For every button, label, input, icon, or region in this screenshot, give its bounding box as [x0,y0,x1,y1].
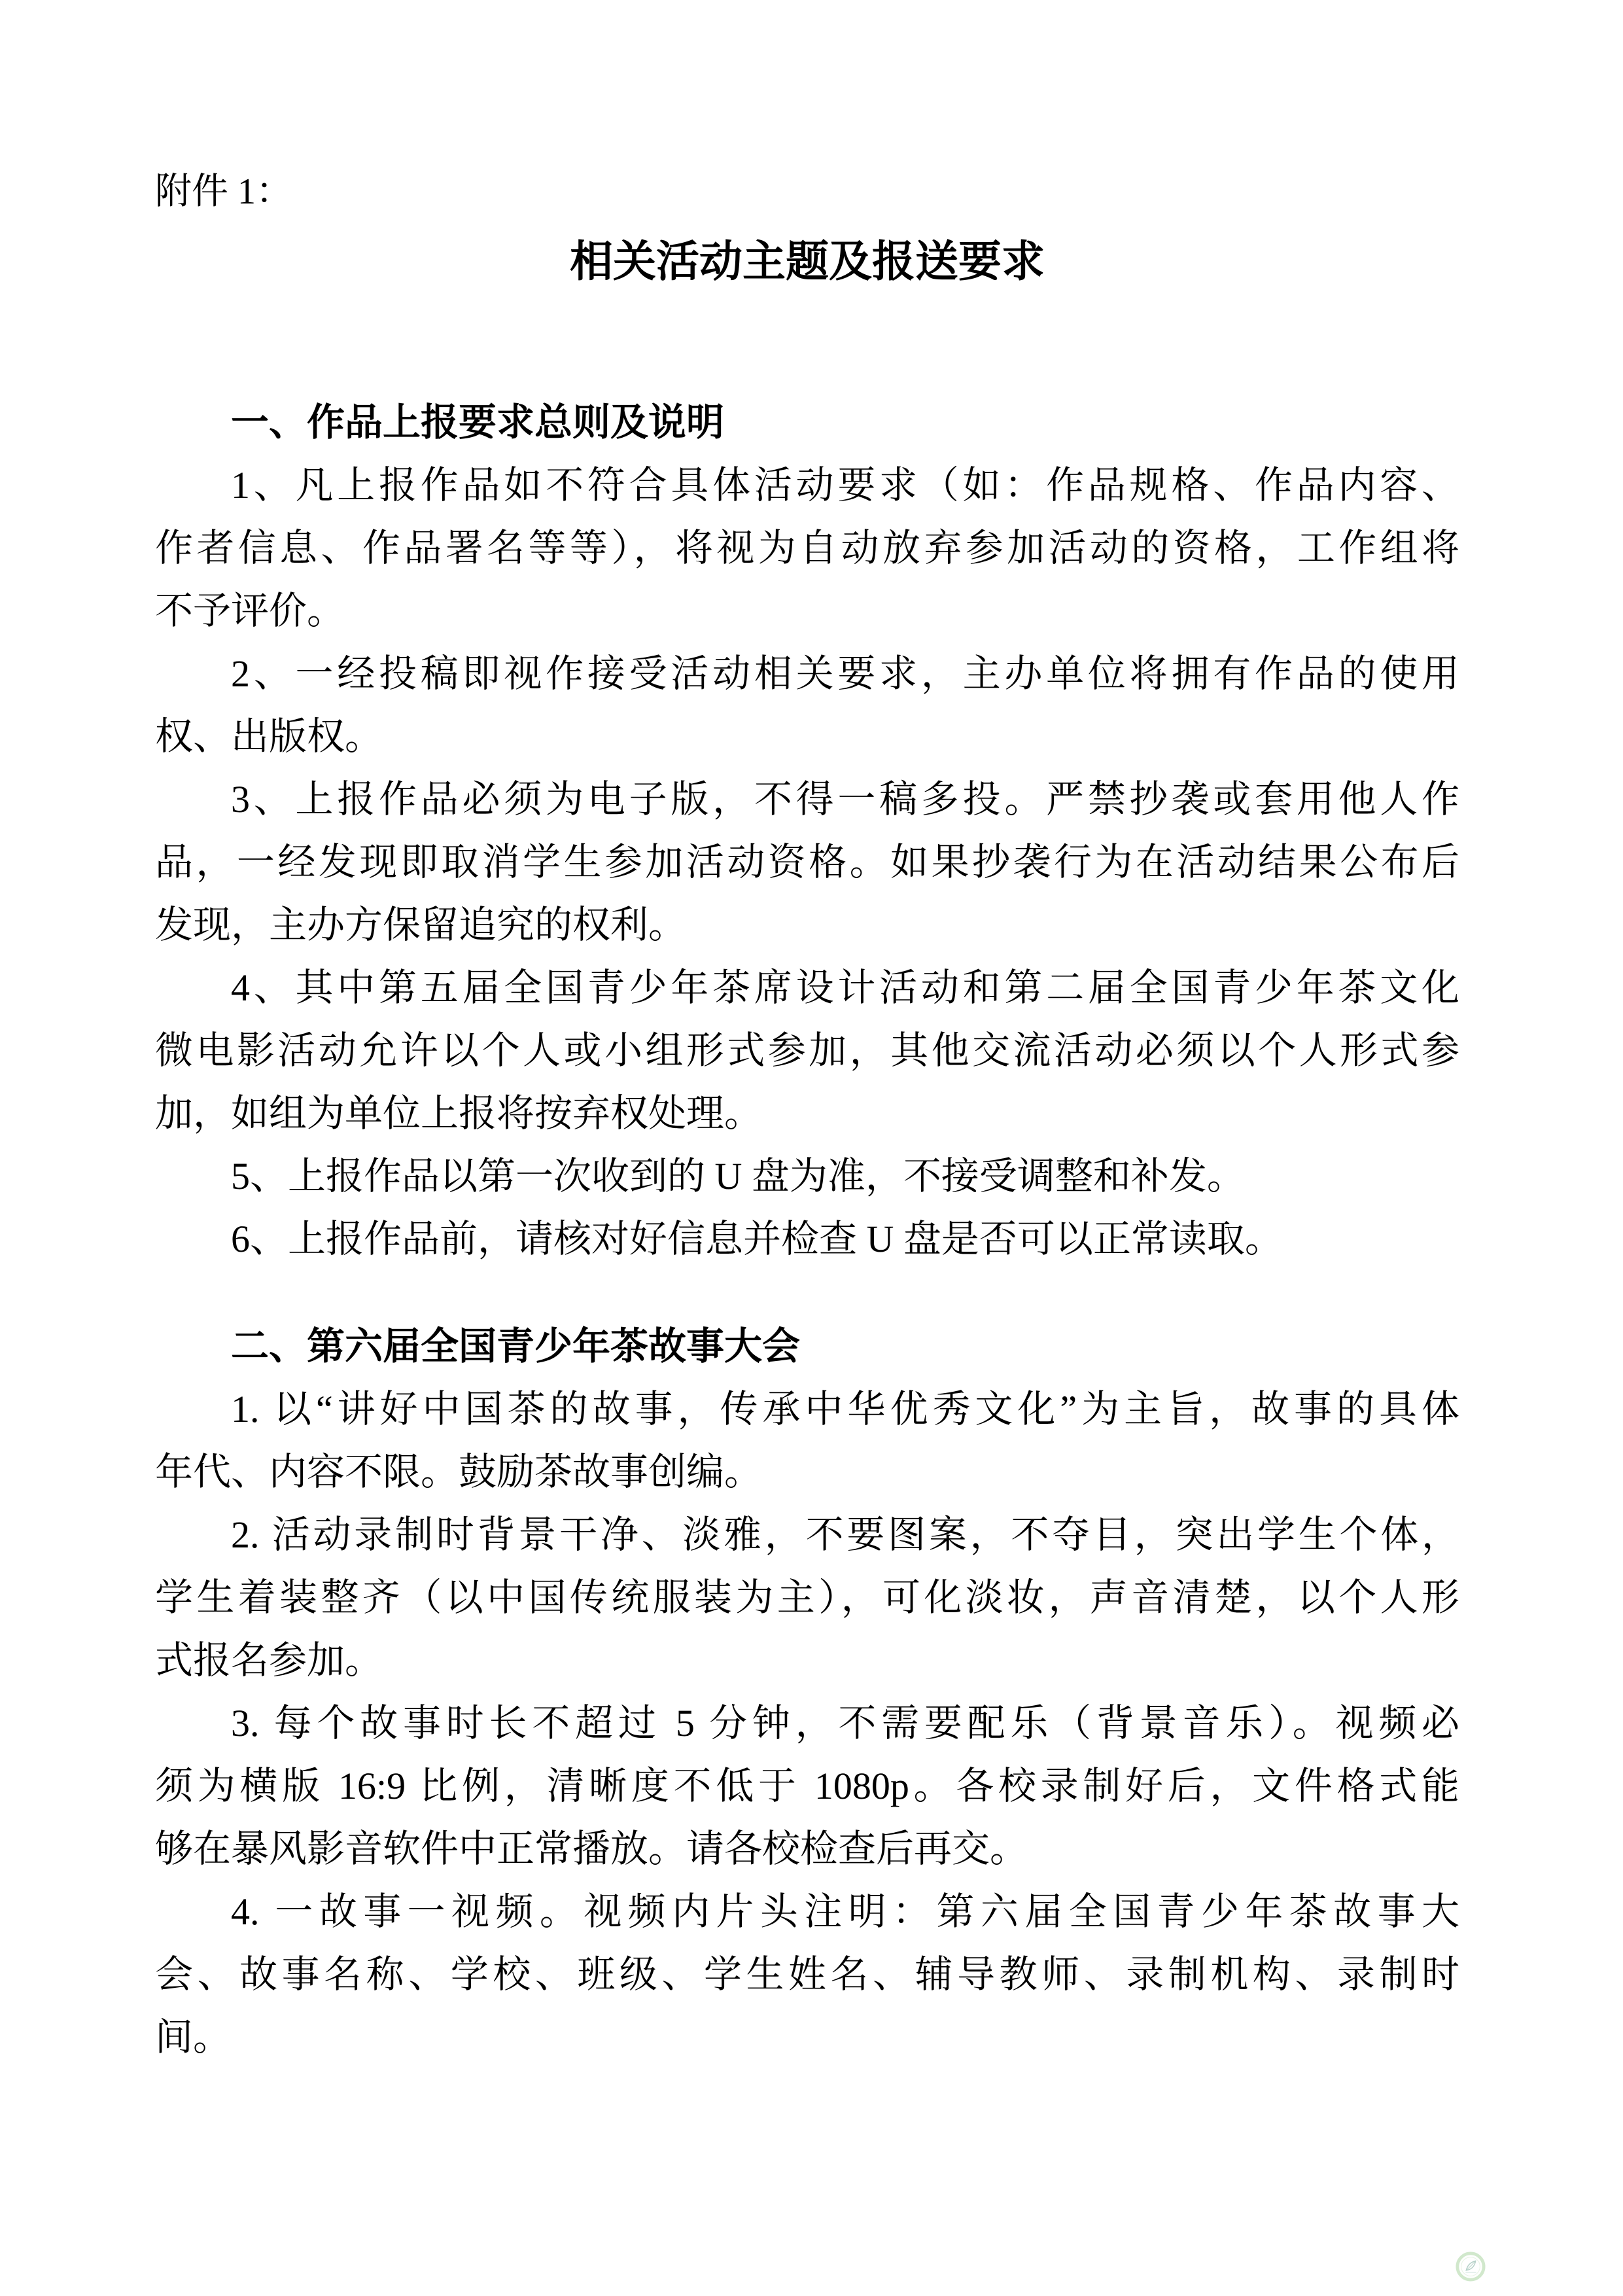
text-line: 式报名参加。 [155,1629,1459,1692]
text-line: 够在暴风影音软件中正常播放。请各校检查后再交。 [155,1818,1459,1881]
paragraph: 4. 一故事一视频。视频内片头注明：第六届全国青少年茶故事大 会、故事名称、学校… [155,1881,1459,2069]
paragraph: 2、一经投稿即视作接受活动相关要求，主办单位将拥有作品的使用 权、出版权。 [155,643,1459,768]
text-line: 6、上报作品前，请核对好信息并检查 U 盘是否可以正常读取。 [155,1208,1459,1271]
section-general-rules: 一、作品上报要求总则及说明 1、凡上报作品如不符合具体活动要求（如：作品规格、作… [155,391,1459,1271]
text-line: 1、凡上报作品如不符合具体活动要求（如：作品规格、作品内容、 [155,454,1459,517]
text-line: 3. 每个故事时长不超过 5 分钟，不需要配乐（背景音乐）。视频必 [155,1692,1459,1755]
text-line: 权、出版权。 [155,705,1459,768]
text-line: 2、一经投稿即视作接受活动相关要求，主办单位将拥有作品的使用 [155,643,1459,705]
leaf-seal-icon [1456,2252,1486,2282]
text-line: 品，一经发现即取消学生参加活动资格。如果抄袭行为在活动结果公布后 [155,831,1459,894]
paragraph: 1. 以“讲好中国茶的故事，传承中华优秀文化”为主旨，故事的具体 年代、内容不限… [155,1378,1459,1504]
text-line: 4、其中第五届全国青少年茶席设计活动和第二届全国青少年茶文化 [155,957,1459,1019]
section-2-heading: 二、第六届全国青少年茶故事大会 [155,1315,1459,1378]
document-title: 相关活动主题及报送要求 [155,230,1459,292]
text-line: 学生着装整齐（以中国传统服装为主），可化淡妆，声音清楚，以个人形 [155,1566,1459,1629]
paragraph: 5、上报作品以第一次收到的 U 盘为准，不接受调整和补发。 [155,1145,1459,1208]
text-line: 会、故事名称、学校、班级、学生姓名、辅导教师、录制机构、录制时 [155,1943,1459,2006]
paragraph: 3、上报作品必须为电子版，不得一稿多投。严禁抄袭或套用他人作 品，一经发现即取消… [155,768,1459,957]
paragraph: 6、上报作品前，请核对好信息并检查 U 盘是否可以正常读取。 [155,1208,1459,1271]
text-line: 3、上报作品必须为电子版，不得一稿多投。严禁抄袭或套用他人作 [155,768,1459,831]
attachment-label: 附件 1： [155,160,1459,223]
text-line: 微电影活动允许以个人或小组形式参加，其他交流活动必须以个人形式参 [155,1019,1459,1082]
paragraph: 1、凡上报作品如不符合具体活动要求（如：作品规格、作品内容、 作者信息、作品署名… [155,454,1459,643]
text-line: 2. 活动录制时背景干净、淡雅，不要图案，不夺目，突出学生个体， [155,1504,1459,1566]
document-content: 附件 1： 相关活动主题及报送要求 一、作品上报要求总则及说明 1、凡上报作品如… [155,160,1459,2069]
section-tea-story-contest: 二、第六届全国青少年茶故事大会 1. 以“讲好中国茶的故事，传承中华优秀文化”为… [155,1315,1459,2069]
text-line: 间。 [155,2006,1459,2069]
text-line: 加，如组为单位上报将按弃权处理。 [155,1082,1459,1145]
paragraph: 4、其中第五届全国青少年茶席设计活动和第二届全国青少年茶文化 微电影活动允许以个… [155,957,1459,1145]
text-line: 5、上报作品以第一次收到的 U 盘为准，不接受调整和补发。 [155,1145,1459,1208]
text-line: 不予评价。 [155,580,1459,643]
paragraph: 3. 每个故事时长不超过 5 分钟，不需要配乐（背景音乐）。视频必 须为横版 1… [155,1692,1459,1881]
document-page: 附件 1： 相关活动主题及报送要求 一、作品上报要求总则及说明 1、凡上报作品如… [0,0,1623,2296]
text-line: 4. 一故事一视频。视频内片头注明：第六届全国青少年茶故事大 [155,1881,1459,1943]
section-1-heading: 一、作品上报要求总则及说明 [155,391,1459,454]
text-line: 1. 以“讲好中国茶的故事，传承中华优秀文化”为主旨，故事的具体 [155,1378,1459,1441]
text-line: 发现，主办方保留追究的权利。 [155,894,1459,957]
paragraph: 2. 活动录制时背景干净、淡雅，不要图案，不夺目，突出学生个体， 学生着装整齐（… [155,1504,1459,1692]
text-line: 须为横版 16:9 比例，清晰度不低于 1080p。各校录制好后，文件格式能 [155,1755,1459,1818]
text-line: 作者信息、作品署名等等），将视为自动放弃参加活动的资格，工作组将 [155,517,1459,580]
text-line: 年代、内容不限。鼓励茶故事创编。 [155,1441,1459,1504]
